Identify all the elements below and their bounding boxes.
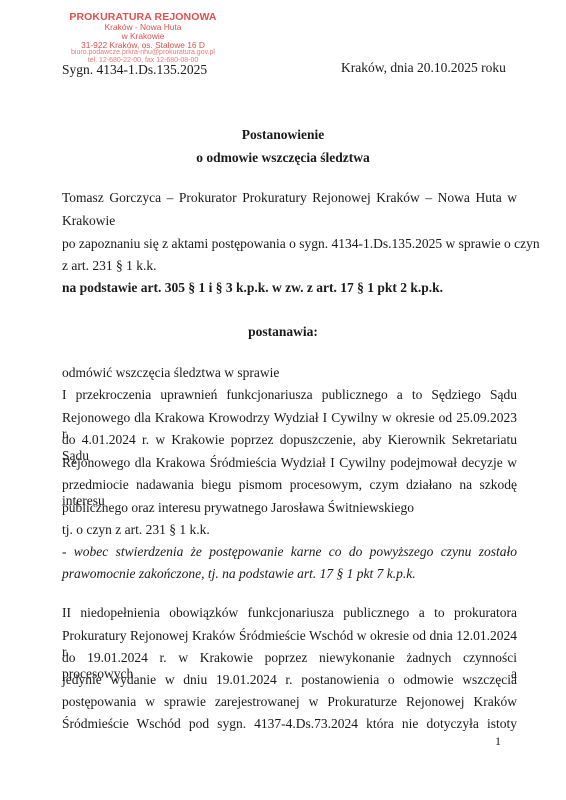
intro-line: Tomasz Gorczyca – Prokurator Prokuratury… — [62, 190, 517, 206]
document-subtitle: o odmowie wszczęcia śledztwa — [0, 150, 566, 166]
office-stamp: PROKURATURA REJONOWA Kraków - Nowa Huta … — [58, 12, 228, 64]
case-signature: Sygn. 4134-1.Ds.135.2025 — [62, 62, 207, 78]
decision-lead: odmówić wszczęcia śledztwa w sprawie — [62, 365, 517, 381]
section1-line: Rejonowego dla Krakowa Śródmieścia Wydzi… — [62, 455, 517, 471]
document-title: Postanowienie — [0, 127, 566, 143]
stamp-email: biuro.podawcze.prkra-nhu@prokuratura.gov… — [58, 49, 228, 56]
legal-basis: na podstawie art. 305 § 1 i § 3 k.p.k. w… — [62, 280, 517, 296]
decision-heading: postanawia: — [0, 324, 566, 340]
stamp-address: 31-922 Kraków, os. Stalowe 16 D — [58, 41, 228, 50]
section2-line: II niedopełnienia obowiązków funkcjonari… — [62, 605, 517, 621]
section1-reason: - wobec stwierdzenia że postępowanie kar… — [62, 544, 517, 560]
intro-line: po zapoznaniu się z aktami postępowania … — [62, 236, 517, 252]
place-date: Kraków, dnia 20.10.2025 roku — [341, 60, 506, 76]
section1-reason: prawomocnie zakończone, tj. na podstawie… — [62, 566, 517, 582]
section2-line: jedynie wydanie w dniu 19.01.2024 r. pos… — [62, 672, 517, 688]
intro-line: z art. 231 § 1 k.k. — [62, 258, 517, 274]
section2-line: Śródmieście Wschód pod sygn. 4137-4.Ds.7… — [62, 716, 517, 732]
section2-line: postępowania w sprawie zarejestrowanej w… — [62, 694, 517, 710]
intro-line: Krakowie — [62, 213, 517, 229]
section1-line: publicznego oraz interesu prywatnego Jar… — [62, 500, 517, 516]
page-number: 1 — [495, 734, 501, 749]
section1-line: I przekroczenia uprawnień funkcjonariusz… — [62, 387, 517, 403]
section1-qualification: tj. o czyn z art. 231 § 1 k.k. — [62, 522, 517, 538]
